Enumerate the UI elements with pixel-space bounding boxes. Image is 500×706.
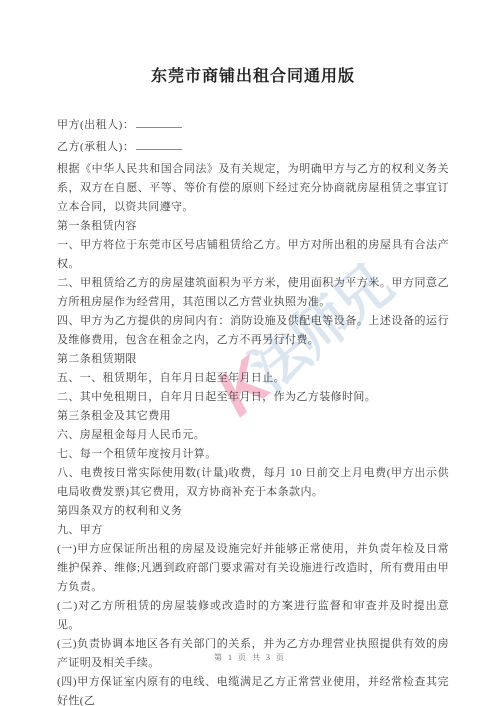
contract-paragraph: (二)对乙方所租赁的房屋装修或改造时的方案进行监督和审查并及时提出意见。 (57, 597, 449, 635)
contract-paragraph: 四、甲方为乙方提供的房间内有：消防设施及供配电等设备。上述设备的运行及维修费用，… (57, 312, 449, 350)
contract-paragraph: 六、房屋租金每月人民币元。 (57, 426, 449, 445)
document-body: 东莞市商铺出租合同通用版 甲方(出租人)： 乙方(承租人)： 根据《中华人民共和… (57, 66, 449, 706)
party-a-line: 甲方(出租人)： (57, 114, 449, 136)
contract-paragraph: 二、甲租赁给乙方的房屋建筑面积为平方米，使用面积为平方米。甲方同意乙方所租房屋作… (57, 274, 449, 312)
contract-paragraph: 一、甲方将位于东莞市区号店铺租赁给乙方。甲方对所出租的房屋具有合法产权。 (57, 236, 449, 274)
contract-paragraph: 第一条租赁内容 (57, 217, 449, 236)
contract-paragraphs: 根据《中华人民共和国合同法》及有关规定，为明确甲方与乙方的权利义务关系，双方在自… (57, 160, 449, 706)
contract-paragraph: 五、一、租赁期年，自年月日起至年月日止。 (57, 369, 449, 388)
contract-paragraph: 第二条租赁期限 (57, 350, 449, 369)
party-a-label: 甲方(出租人)： (57, 119, 134, 131)
party-a-blank (136, 117, 182, 128)
party-b-label: 乙方(承租人)： (57, 141, 134, 153)
party-b-blank (136, 139, 182, 150)
contract-paragraph: 第四条双方的权利和义务 (57, 502, 449, 521)
contract-paragraph: 八、电费按日常实际使用数(计量)收费，每月 10 日前交上月电费(甲方出示供电局… (57, 464, 449, 502)
contract-paragraph: 第三条租金及其它费用 (57, 407, 449, 426)
contract-paragraph: 七、每一个租赁年度按月计算。 (57, 445, 449, 464)
party-b-line: 乙方(承租人)： (57, 136, 449, 158)
contract-paragraph: (四)甲方保证室内原有的电线、电缆满足乙方正常营业使用，并经常检查其完好性(乙 (57, 673, 449, 706)
contract-paragraph: 九、甲方 (57, 521, 449, 540)
contract-paragraph: (一)甲方应保证所出租的房屋及设施完好并能够正常使用，并负责年检及日常维护保养、… (57, 540, 449, 597)
page-number-footer: 第 1 页 共 3 页 (0, 652, 500, 663)
contract-paragraph: 根据《中华人民共和国合同法》及有关规定，为明确甲方与乙方的权利义务关系，双方在自… (57, 160, 449, 217)
document-title: 东莞市商铺出租合同通用版 (57, 66, 449, 88)
contract-paragraph: 二、其中免租期日，自年月日起至年月日，作为乙方装修时间。 (57, 388, 449, 407)
contract-page: K法师兄 东莞市商铺出租合同通用版 甲方(出租人)： 乙方(承租人)： 根据《中… (0, 0, 500, 706)
